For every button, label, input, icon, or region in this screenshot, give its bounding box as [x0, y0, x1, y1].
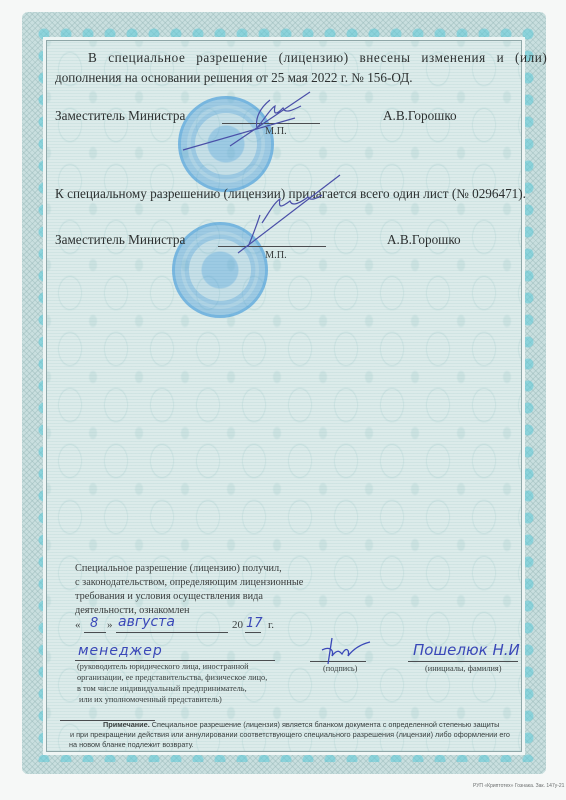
receipt-line-2: с законодательством, определяющим лиценз…: [75, 577, 303, 588]
date-day-handwritten: 8: [90, 616, 98, 631]
signer-name-2: А.В.Горошко: [387, 232, 461, 248]
signer-name-1: А.В.Горошко: [383, 108, 457, 124]
note-line-3: на новом бланке подлежит возврату.: [69, 740, 194, 749]
printer-mark: РУП «Криптотех» Гознака. Зак. 147у-21: [473, 783, 564, 789]
minister-signature-1: [175, 88, 325, 158]
recipient-signature: [318, 636, 378, 666]
role-caption-2: организации, ее представительства, физич…: [77, 673, 267, 682]
date-close-quote: »: [107, 619, 113, 631]
signer-position-2: Заместитель Министра: [55, 232, 185, 248]
date-month-handwritten: августа: [118, 614, 175, 630]
role-handwritten: менеджер: [78, 643, 163, 659]
date-day-line: [84, 632, 106, 633]
minister-signature-2: [200, 175, 340, 255]
signer-position-1: Заместитель Министра: [55, 108, 185, 124]
note-label: Примечание.: [103, 720, 150, 729]
role-line: [75, 660, 275, 661]
date-year-handwritten: 17: [246, 616, 263, 631]
date-month-line: [116, 632, 228, 633]
initials-line: [408, 661, 518, 662]
initials-caption: (инициалы, фамилия): [425, 664, 502, 673]
amendment-line-2: дополнения на основании решения от 25 ма…: [55, 70, 413, 86]
initials-handwritten: Пошелюк Н.И: [413, 641, 520, 659]
receipt-line-1: Специальное разрешение (лицензию) получи…: [75, 563, 282, 574]
note-text-1: Специальное разрешение (лицензия) являет…: [152, 720, 500, 729]
role-caption-1: (руководитель юридического лица, иностра…: [77, 662, 249, 671]
role-caption-3: в том числе индивидуальный предпринимате…: [77, 684, 247, 693]
note-line-1: Примечание. Специальное разрешение (лице…: [103, 720, 499, 729]
date-open-quote: «: [75, 619, 81, 631]
receipt-line-3: требования и условия осуществления вида: [75, 591, 263, 602]
date-year-unit: г.: [268, 619, 274, 631]
note-line-2: и при прекращении действия или аннулиров…: [70, 730, 510, 739]
role-caption-4: или их уполномоченный представитель): [79, 695, 222, 704]
date-year-line: [245, 632, 261, 633]
amendment-line-1: В специальное разрешение (лицензию) внес…: [88, 50, 547, 66]
date-year-prefix: 20: [232, 619, 243, 631]
